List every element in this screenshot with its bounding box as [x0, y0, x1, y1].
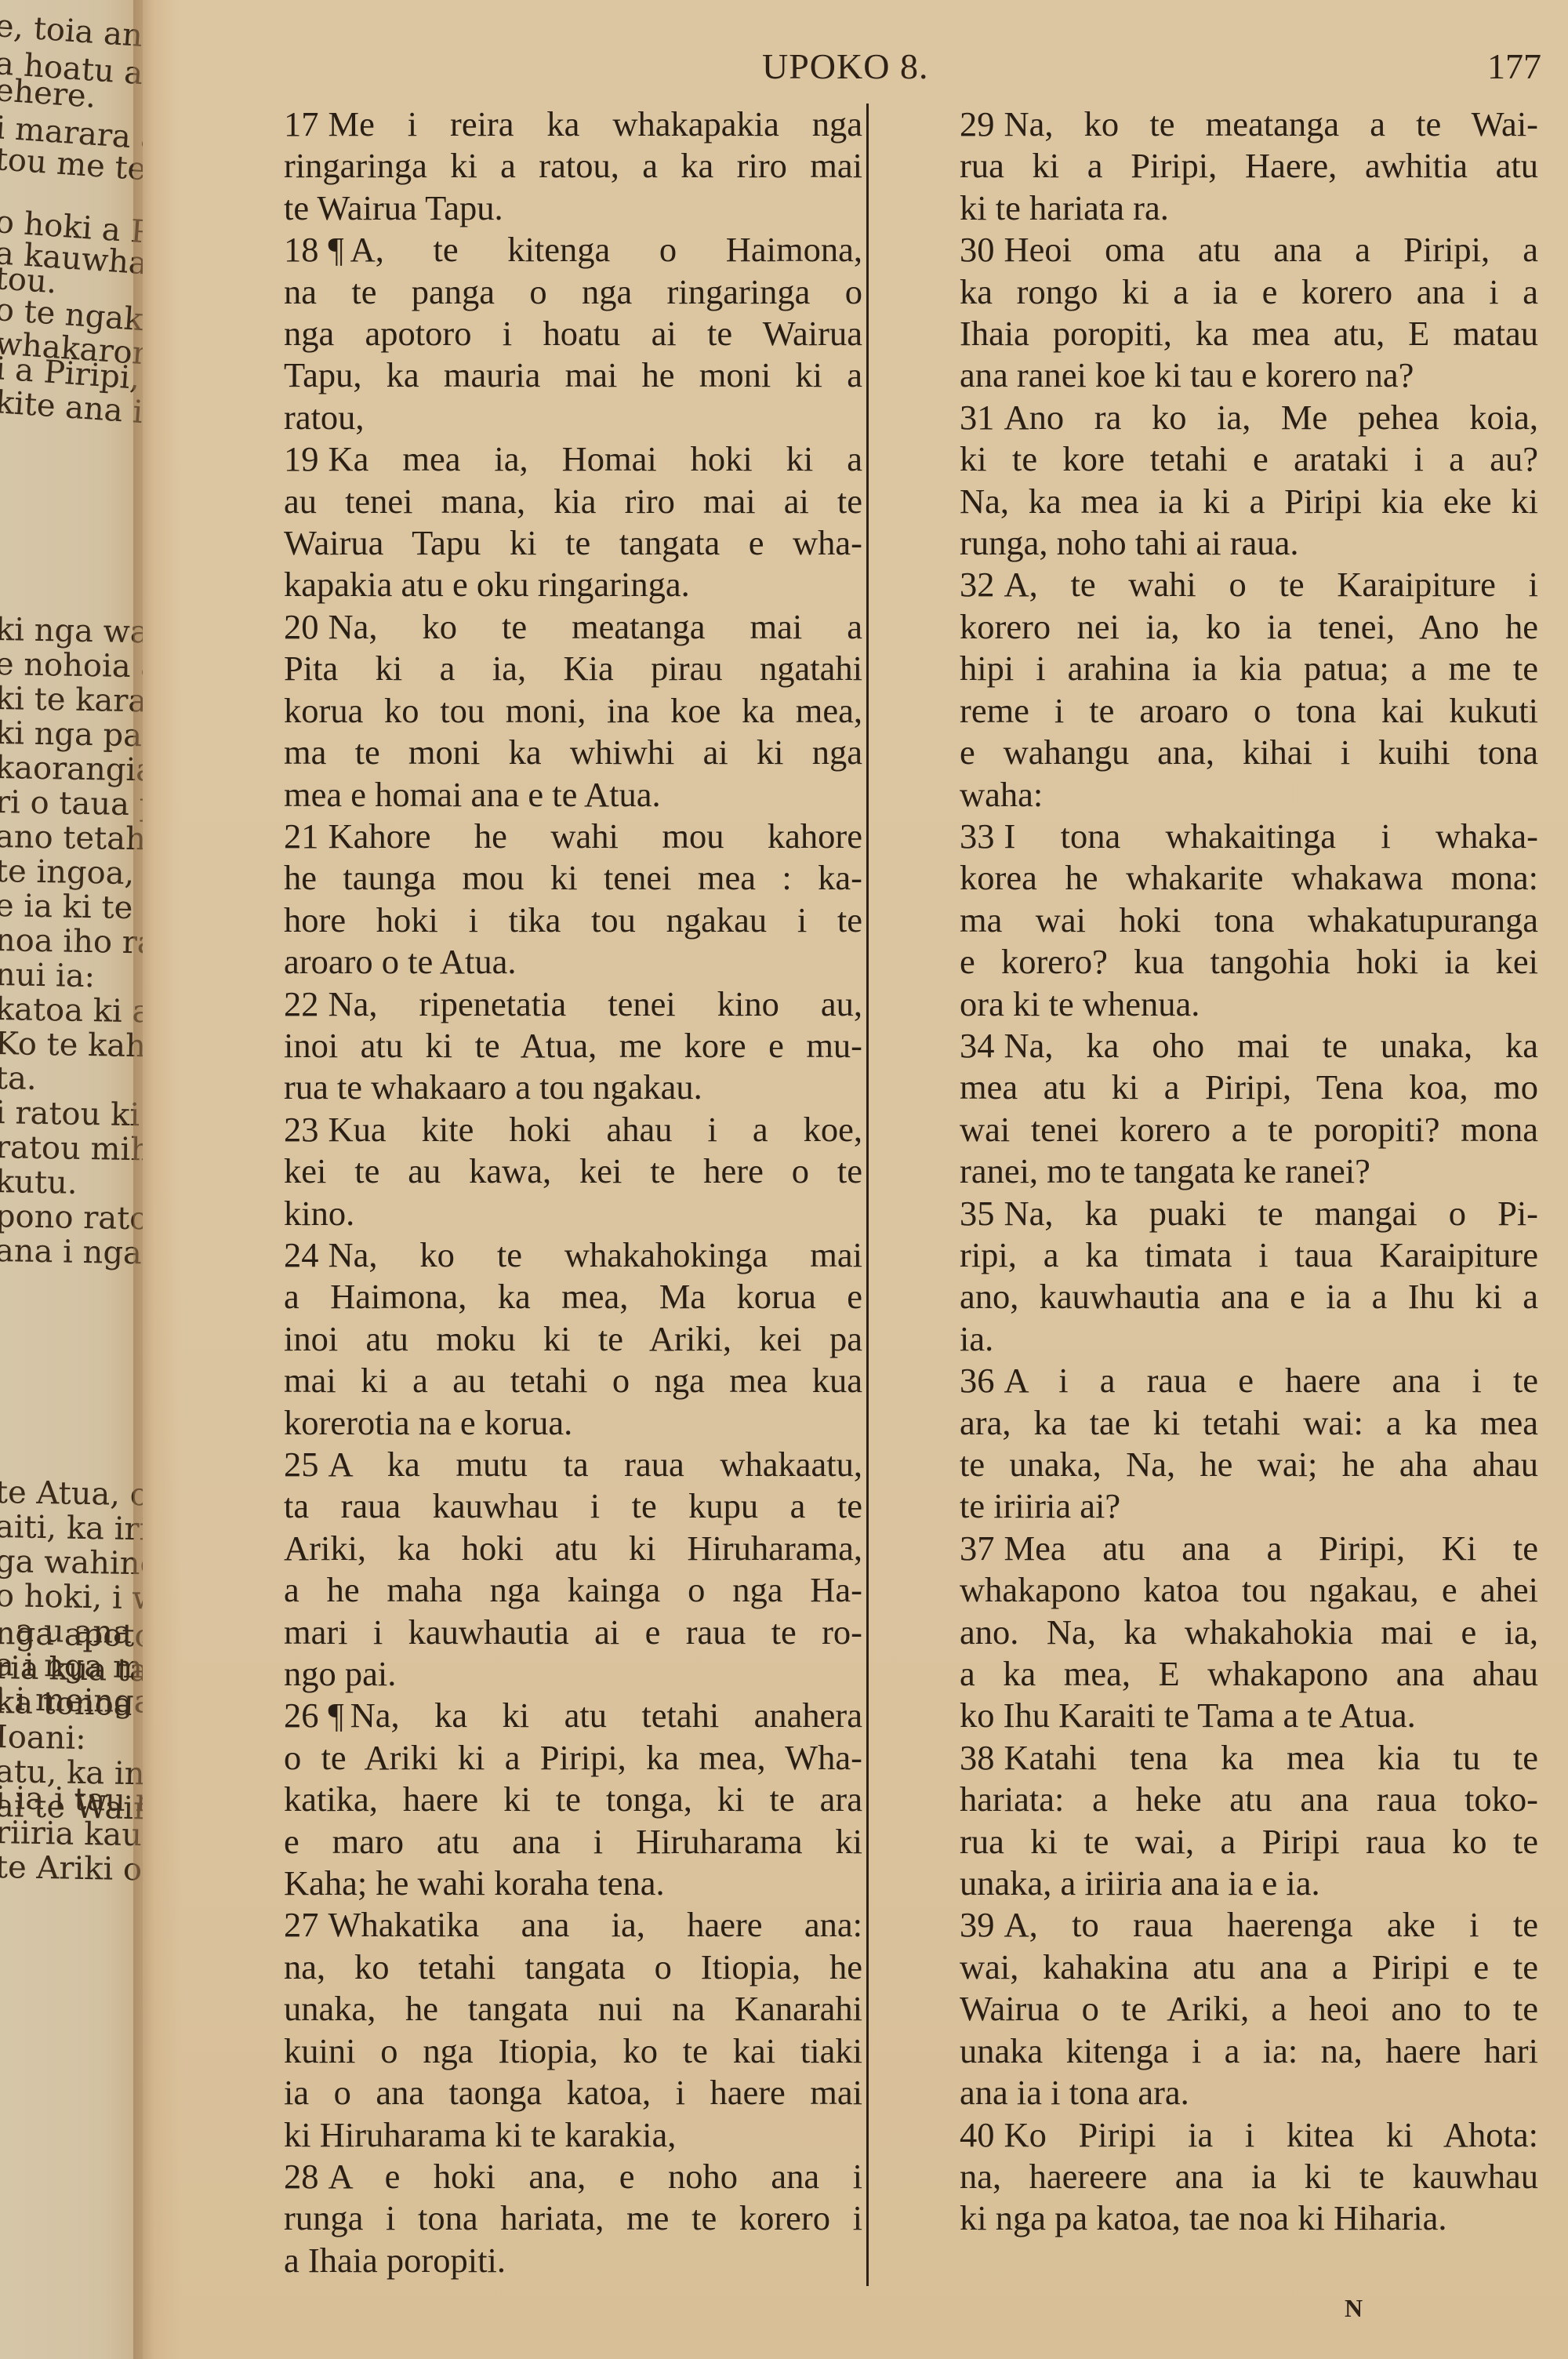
running-head: UPOKO 8. [762, 45, 928, 87]
verse-line: katika, haere ki te tonga, ki te ara [243, 1779, 862, 1820]
facing-page-line: ka tonoa ki a [0, 1685, 143, 1725]
verse-line: te Wairua Tapu. [243, 187, 862, 229]
left-column: 17Me i reira ka whakapakia ngaringaringa… [243, 104, 862, 2281]
verse-line: Pita ki a ia, Kia pirau ngatahi [243, 648, 862, 689]
verse-first-line: 32A, te wahi o te Karaipiture i [919, 564, 1538, 605]
verse-31: 31Ano ra ko ia, Me pehea koia,ki te kore… [919, 397, 1538, 565]
verse-line: e korero? kua tangohia hoki ia kei [919, 941, 1538, 983]
verse-text: A e hoki ana, e noho ana i [328, 2157, 863, 2196]
facing-page-line: o hoki, i wha- [0, 1578, 143, 1618]
verse-number: 32 [960, 565, 995, 604]
verse-line: Na, ka mea ia ki a Piripi kia eke ki [919, 481, 1538, 522]
facing-page-line: Ioani: [0, 1719, 86, 1757]
verse-line: ana ia i tona ara. [919, 2072, 1538, 2114]
verse-first-line: 18¶A, te kitenga o Haimona, [243, 229, 862, 271]
verse-line: kapakia atu e oku ringaringa. [243, 564, 862, 605]
verse-line: kei te au kawa, kei te here o te [243, 1150, 862, 1192]
verse-line: ana ranei koe ki tau e korero na? [919, 354, 1538, 396]
verse-text: Ka mea ia, Homai hoki ki a [328, 439, 863, 478]
verse-line: ma wai hoki tona whakatupuranga [919, 900, 1538, 941]
facing-page-line: ga wahine. [0, 1543, 143, 1583]
pilcrow-mark: ¶ [328, 1696, 344, 1735]
facing-page-line: nui ia: [0, 957, 96, 994]
verse-line: unaka, a iriiria ana ia e ia. [919, 1863, 1538, 1904]
verse-39: 39A, to raua haerenga ake i tewai, kahak… [919, 1904, 1538, 2114]
facing-page-line: ehere. [0, 72, 97, 115]
verse-line: inoi atu moku ki te Ariki, kei pa [243, 1318, 862, 1360]
verse-text: Katahi tena ka mea kia tu te [1004, 1738, 1539, 1777]
verse-line: ki nga pa katoa, tae noa ki Hiharia. [919, 2197, 1538, 2239]
verse-first-line: 23Kua kite hoki ahau i a koe, [243, 1109, 862, 1150]
verse-line: inoi atu ki te Atua, me kore e mu- [243, 1025, 862, 1067]
verse-line: Wairua o te Ariki, a heoi ano to te [919, 1988, 1538, 2030]
verse-line: he taunga mou ki tenei mea : ka- [243, 857, 862, 899]
facing-page-line: ria kua tango [0, 1650, 143, 1690]
verse-27: 27Whakatika ana ia, haere ana:na, ko tet… [243, 1904, 862, 2155]
verse-number: 23 [284, 1110, 319, 1149]
verse-first-line: 19Ka mea ia, Homai hoki ki a [243, 438, 862, 480]
verse-40: 40Ko Piripi ia i kitea ki Ahota:na, haer… [919, 2114, 1538, 2240]
verse-first-line: 30Heoi oma atu ana a Piripi, a [919, 229, 1538, 271]
verse-first-line: 39A, to raua haerenga ake i te [919, 1904, 1538, 1946]
signature-mark: N [1345, 2294, 1363, 2323]
verse-first-line: 25A ka mutu ta raua whakaatu, [243, 1444, 862, 1485]
facing-page-line: nga apotoro i [0, 1616, 143, 1656]
verse-first-line: 27Whakatika ana ia, haere ana: [243, 1904, 862, 1946]
verse-text: Na, ka oho mai te unaka, ka [1004, 1026, 1539, 1065]
verse-first-line: 29Na, ko te meatanga a te Wai- [919, 104, 1538, 145]
verse-line: o te Ariki ki a Piripi, ka mea, Wha- [243, 1737, 862, 1779]
verse-first-line: 20Na, ko te meatanga mai a [243, 606, 862, 648]
verse-20: 20Na, ko te meatanga mai aPita ki a ia, … [243, 606, 862, 816]
facing-page-line: e nohoia ana, [0, 646, 143, 686]
verse-line: ma te moni ka whiwhi ai ki nga [243, 732, 862, 773]
verse-text: Ko Piripi ia i kitea ki Ahota: [1004, 2115, 1539, 2154]
verse-line: Tapu, ka mauria mai he moni ki a [243, 354, 862, 396]
verse-text: Heoi oma atu ana a Piripi, a [1004, 230, 1539, 269]
verse-line: Ariki, ka hoki atu ki Hiruharama, [243, 1528, 862, 1569]
gutter-shadow [133, 0, 180, 2359]
facing-page-line: te Atua, o te [0, 1474, 143, 1514]
verse-text: Na, ko te meatanga mai a [328, 607, 863, 646]
verse-text: Na, ka ki atu tetahi anahera [350, 1696, 862, 1735]
facing-page-line: ri o taua pa. [0, 784, 143, 823]
verse-first-line: 31Ano ra ko ia, Me pehea koia, [919, 397, 1538, 438]
verse-text: Kahore he wahi mou kahore [328, 816, 863, 856]
verse-line: te unaka, Na, he wai; he aha ahau [919, 1444, 1538, 1485]
verse-line: au tenei mana, kia riro mai ai te [243, 481, 862, 522]
verse-line: hipi i arahina ia kia patua; a me te [919, 648, 1538, 689]
verse-21: 21Kahore he wahi mou kahorehe taunga mou… [243, 816, 862, 983]
verse-line: ko Ihu Karaiti te Tama a te Atua. [919, 1695, 1538, 1736]
verse-line: ta raua kauwhau i te kupu a te [243, 1485, 862, 1527]
verse-36: 36A i a raua e haere ana i teara, ka tae… [919, 1360, 1538, 1528]
verse-text: A i a raua e haere ana i te [1004, 1361, 1539, 1400]
verse-first-line: 34Na, ka oho mai te unaka, ka [919, 1025, 1538, 1067]
verse-number: 29 [960, 104, 995, 144]
verse-line: ara, ka tae ki tetahi wai: a ka mea [919, 1402, 1538, 1444]
verse-text: I tona whakaitinga i whaka- [1004, 816, 1539, 856]
facing-page-line: Ko te kaha nui [0, 1026, 143, 1066]
verse-line: mari i kauwhautia ai e raua te ro- [243, 1612, 862, 1653]
verse-line: ki te hariata ra. [919, 187, 1538, 229]
verse-number: 37 [960, 1528, 995, 1568]
verse-line: korea he whakarite whakawa mona: [919, 857, 1538, 899]
facing-page-line: riiria kautia [0, 1815, 143, 1854]
verse-line: wai tenei korero a te poropiti? mona [919, 1109, 1538, 1150]
verse-line: ia o ana taonga katoa, i haere mai [243, 2072, 862, 2114]
verse-text: A ka mutu ta raua whakaatu, [328, 1445, 863, 1484]
verse-line: ia. [919, 1318, 1538, 1360]
verse-line: korua ko tou moni, ina koe ka mea, [243, 690, 862, 732]
facing-page-line: e ia ki te iwi o [0, 888, 143, 928]
facing-page-line: ta. [0, 1060, 37, 1097]
verse-line: a Ihaia poropiti. [243, 2240, 862, 2281]
verse-number: 22 [284, 984, 319, 1023]
verse-line: na, haereere ana ia ki te kauwhau [919, 2156, 1538, 2197]
verse-line: na, ko tetahi tangata o Itiopia, he [243, 1946, 862, 1988]
verse-line: ki Hiruharama ki te karakia, [243, 2114, 862, 2156]
verse-line: unaka, he tangata nui na Kanarahi [243, 1988, 862, 2030]
verse-26: 26¶Na, ka ki atu tetahi anaherao te Arik… [243, 1695, 862, 1904]
verse-first-line: 24Na, ko te whakahokinga mai [243, 1234, 862, 1276]
verse-line: unaka kitenga i a ia: na, haere hari [919, 2030, 1538, 2072]
verse-number: 18 [284, 230, 319, 269]
verse-line: ano, kauwhautia ana e ia a Ihu ki a [919, 1276, 1538, 1318]
verse-number: 38 [960, 1738, 995, 1777]
verse-34: 34Na, ka oho mai te unaka, kamea atu ki … [919, 1025, 1538, 1193]
verse-number: 26 [284, 1696, 319, 1735]
verse-line: nga apotoro i hoatu ai te Wairua [243, 313, 862, 354]
verse-38: 38Katahi tena ka mea kia tu tehariata: a… [919, 1737, 1538, 1905]
verse-line: a Haimona, ka mea, Ma korua e [243, 1276, 862, 1318]
verse-line: ngo pai. [243, 1653, 862, 1695]
verse-line: ora ki te whenua. [919, 983, 1538, 1025]
facing-page-strip: e, toia ana ngaa hoatu ana kiehere.i mar… [0, 0, 143, 2359]
verse-line: waha: [919, 774, 1538, 816]
verse-number: 28 [284, 2157, 319, 2196]
verse-number: 21 [284, 816, 319, 856]
facing-page-line: pono ratou ki [0, 1198, 143, 1238]
book-page: UPOKO 8. 177 17Me i reira ka whakapakia … [143, 0, 1568, 2359]
verse-line: mea e homai ana e te Atua. [243, 774, 862, 816]
verse-first-line: 35Na, ka puaki te mangai o Pi- [919, 1193, 1538, 1234]
verse-17: 17Me i reira ka whakapakia ngaringaringa… [243, 104, 862, 229]
verse-first-line: 28A e hoki ana, e noho ana i [243, 2156, 862, 2197]
verse-text: Me i reira ka whakapakia nga [328, 104, 863, 144]
verse-line: ringaringa ki a ratou, a ka riro mai [243, 145, 862, 187]
verse-line: Ihaia poropiti, ka mea atu, E matau [919, 313, 1538, 354]
verse-line: runga i tona hariata, me te korero i [243, 2197, 862, 2239]
verse-number: 31 [960, 398, 995, 437]
verse-number: 25 [284, 1445, 319, 1484]
verse-line: ranei, mo te tangata ke ranei? [919, 1150, 1538, 1192]
verse-35: 35Na, ka puaki te mangai o Pi-ripi, a ka… [919, 1193, 1538, 1361]
verse-text: Na, ko te meatanga a te Wai- [1004, 104, 1539, 144]
verse-text: Na, ko te whakahokinga mai [328, 1235, 863, 1274]
verse-number: 40 [960, 2115, 995, 2154]
verse-first-line: 26¶Na, ka ki atu tetahi anahera [243, 1695, 862, 1736]
page-number: 177 [1487, 45, 1541, 87]
facing-page-line: i ratou ki a ia, [0, 1095, 143, 1135]
facing-page-line: ana i nga mea [0, 1233, 143, 1273]
facing-page-line: ano tetahi ta- [0, 819, 143, 859]
facing-page-line: ki nga pararu- [0, 715, 143, 755]
verse-line: Kaha; he wahi koraha tena. [243, 1863, 862, 1904]
verse-line: ka rongo ki a ia e korero ana i a [919, 271, 1538, 313]
verse-line: e maro atu ana i Hiruharama ki [243, 1821, 862, 1863]
verse-text: Na, ripenetatia tenei kino au, [328, 984, 863, 1023]
verse-number: 34 [960, 1026, 995, 1065]
verse-line: ano. Na, ka whakahokia mai e ia, [919, 1612, 1538, 1653]
verse-text: Whakatika ana ia, haere ana: [328, 1905, 863, 1944]
facing-page-line: ki te karanga: [0, 681, 143, 721]
verse-line: rua ki te wai, a Piripi raua ko te [919, 1821, 1538, 1863]
verse-line: mea atu ki a Piripi, Tena koa, mo [919, 1067, 1538, 1108]
verse-29: 29Na, ko te meatanga a te Wai-rua ki a P… [919, 104, 1538, 229]
verse-line: na te panga o nga ringaringa o [243, 271, 862, 313]
verse-line: runga, noho tahi ai raua. [919, 522, 1538, 564]
verse-line: hore hoki i tika tou ngakau i te [243, 900, 862, 941]
verse-text: Mea atu ana a Piripi, Ki te [1004, 1528, 1539, 1568]
verse-text: A, te kitenga o Haimona, [350, 230, 862, 269]
verse-number: 17 [284, 104, 319, 144]
verse-first-line: 33I tona whakaitinga i whaka- [919, 816, 1538, 857]
verse-19: 19Ka mea ia, Homai hoki ki aau tenei man… [243, 438, 862, 606]
pilcrow-mark: ¶ [328, 230, 344, 269]
right-column: 29Na, ko te meatanga a te Wai-rua ki a P… [919, 104, 1538, 2240]
verse-line: e wahangu ana, kihai i kuihi tona [919, 732, 1538, 773]
facing-page-line: i ia i tau noa [0, 1780, 143, 1819]
verse-line: reme i te aroaro o tona kai kukuti [919, 690, 1538, 732]
verse-line: korero nei ia, ko ia tenei, Ano he [919, 606, 1538, 648]
verse-text: A, te wahi o te Karaipiture i [1004, 565, 1539, 604]
facing-page-line: kutu. [0, 1164, 78, 1201]
verse-line: kino. [243, 1193, 862, 1234]
verse-first-line: 40Ko Piripi ia i kitea ki Ahota: [919, 2114, 1538, 2156]
verse-line: rua te whakaaro a tou ngakau. [243, 1067, 862, 1108]
verse-first-line: 38Katahi tena ka mea kia tu te [919, 1737, 1538, 1779]
verse-line: korerotia na e korua. [243, 1402, 862, 1444]
verse-first-line: 17Me i reira ka whakapakia nga [243, 104, 862, 145]
verse-line: hariata: a heke atu ana raua toko- [919, 1779, 1538, 1820]
verse-33: 33I tona whakaitinga i whaka-korea he wh… [919, 816, 1538, 1025]
verse-25: 25A ka mutu ta raua whakaatu,ta raua kau… [243, 1444, 862, 1695]
facing-page-line: te ingoa, kua [0, 853, 143, 893]
facing-page-line: aiti, ka iriiria [0, 1509, 143, 1549]
verse-text: Na, ka puaki te mangai o Pi- [1004, 1194, 1539, 1233]
verse-line: aroaro o te Atua. [243, 941, 862, 983]
verse-number: 36 [960, 1361, 995, 1400]
verse-line: ratou, [243, 397, 862, 438]
facing-page-line: ratou miharo- [0, 1129, 143, 1169]
verse-line: ki te kore tetahi e arataki i a au? [919, 438, 1538, 480]
verse-number: 35 [960, 1194, 995, 1233]
verse-23: 23Kua kite hoki ahau i a koe,kei te au k… [243, 1109, 862, 1234]
verse-28: 28A e hoki ana, e noho ana irunga i tona… [243, 2156, 862, 2281]
verse-number: 20 [284, 607, 319, 646]
verse-18: 18¶A, te kitenga o Haimona,na te panga o… [243, 229, 862, 438]
verse-24: 24Na, ko te whakahokinga maia Haimona, k… [243, 1234, 862, 1444]
verse-number: 30 [960, 230, 995, 269]
verse-number: 19 [284, 439, 319, 478]
verse-37: 37Mea atu ana a Piripi, Ki tewhakapono k… [919, 1528, 1538, 1737]
facing-page-line: ki nga wairua [0, 612, 143, 652]
verse-first-line: 22Na, ripenetatia tenei kino au, [243, 983, 862, 1025]
verse-number: 24 [284, 1235, 319, 1274]
verse-number: 33 [960, 816, 995, 856]
verse-line: ripi, a ka timata i taua Karaipiture [919, 1234, 1538, 1276]
verse-line: kuini o nga Itiopia, ko te kai tiaki [243, 2030, 862, 2072]
facing-page-line: katoa ki a ia, [0, 991, 143, 1031]
facing-page-line: noa iho ratou [0, 922, 143, 962]
verse-line: wai, kahakina atu ana a Piripi e te [919, 1946, 1538, 1988]
verse-text: Ano ra ko ia, Me pehea koia, [1004, 398, 1539, 437]
verse-first-line: 21Kahore he wahi mou kahore [243, 816, 862, 857]
verse-line: te iriiria ai? [919, 1485, 1538, 1527]
verse-first-line: 37Mea atu ana a Piripi, Ki te [919, 1528, 1538, 1569]
verse-22: 22Na, ripenetatia tenei kino au,inoi atu… [243, 983, 862, 1109]
verse-text: A, to raua haerenga ake i te [1004, 1905, 1539, 1944]
verse-30: 30Heoi oma atu ana a Piripi, aka rongo k… [919, 229, 1538, 397]
column-divider [866, 104, 869, 2286]
verse-text: Kua kite hoki ahau i a koe, [328, 1110, 863, 1149]
verse-line: a he maha nga kainga o nga Ha- [243, 1569, 862, 1611]
verse-line: a ka mea, E whakapono ana ahau [919, 1653, 1538, 1695]
verse-line: Wairua Tapu ki te tangata e wha- [243, 522, 862, 564]
verse-number: 39 [960, 1905, 995, 1944]
verse-line: mai ki a au tetahi o nga mea kua [243, 1360, 862, 1401]
facing-page-line: te Ariki o [0, 1849, 142, 1888]
verse-first-line: 36A i a raua e haere ana i te [919, 1360, 1538, 1401]
facing-page-line: kaorangia. [0, 750, 143, 789]
verse-32: 32A, te wahi o te Karaipiture ikorero ne… [919, 564, 1538, 815]
verse-number: 27 [284, 1905, 319, 1944]
verse-line: rua ki a Piripi, Haere, awhitia atu [919, 145, 1538, 187]
verse-line: whakapono katoa tou ngakau, e ahei [919, 1569, 1538, 1611]
